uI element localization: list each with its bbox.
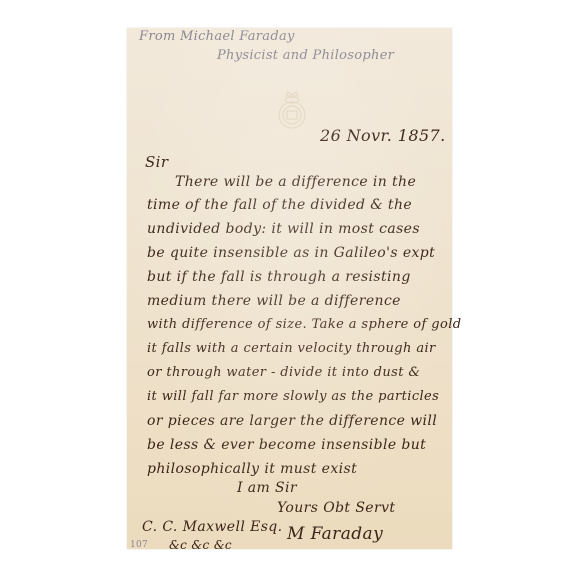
pencil-note-line1: From Michael Faraday xyxy=(139,29,295,44)
letter-date: 26 Novr. 1857. xyxy=(320,126,446,145)
letter-paper: From Michael Faraday Physicist and Philo… xyxy=(127,28,452,549)
body-line: philosophically it must exist xyxy=(147,461,357,477)
body-line: it will fall far more slowly as the part… xyxy=(147,389,439,404)
body-line: undivided body: it will in most cases xyxy=(147,221,420,237)
closing-line1: I am Sir xyxy=(237,480,297,496)
embossed-seal-icon xyxy=(275,90,309,130)
closing-line2: Yours Obt Servt xyxy=(277,500,395,516)
signature: M Faraday xyxy=(287,524,383,544)
addressee-line2: &c &c &c xyxy=(169,538,232,552)
body-line: or pieces are larger the difference will xyxy=(147,413,437,429)
addressee-line1: C. C. Maxwell Esq. xyxy=(142,519,283,535)
body-line: with difference of size. Take a sphere o… xyxy=(147,317,462,332)
body-line: There will be a difference in the xyxy=(175,174,416,190)
body-line: it falls with a certain velocity through… xyxy=(147,341,436,356)
body-line: medium there will be a difference xyxy=(147,293,401,309)
body-line: be less & ever become insensible but xyxy=(147,437,426,453)
body-line: be quite insensible as in Galileo's expt xyxy=(147,245,435,261)
archive-mark: 107 xyxy=(130,540,148,550)
body-line: or through water - divide it into dust & xyxy=(147,365,420,380)
body-line: time of the fall of the divided & the xyxy=(147,197,412,213)
body-line: but if the fall is through a resisting xyxy=(147,269,411,285)
pencil-note-line2: Physicist and Philosopher xyxy=(217,48,394,63)
salutation: Sir xyxy=(145,153,168,171)
